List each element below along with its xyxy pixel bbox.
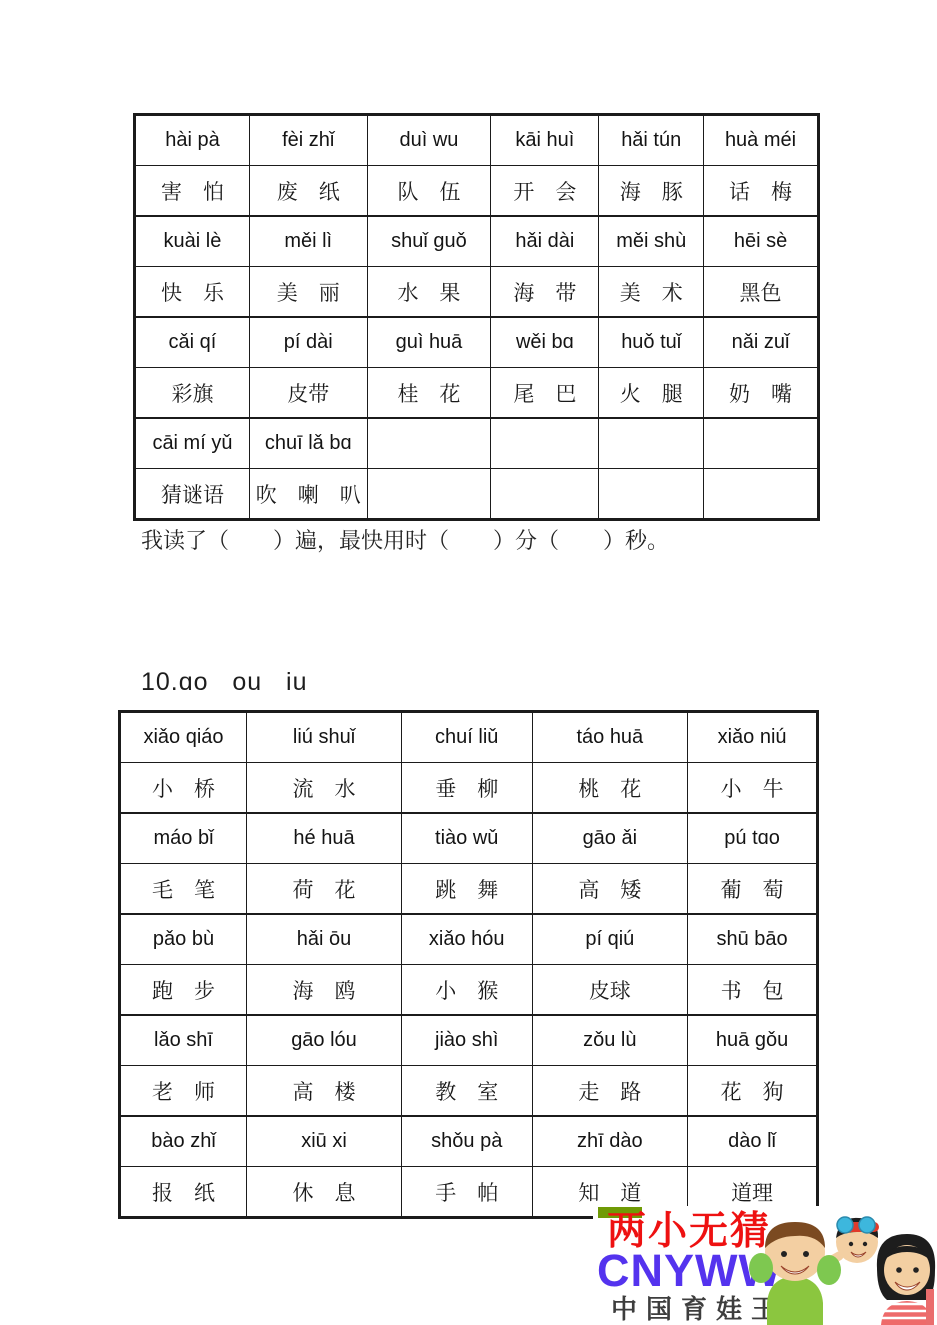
hanzi-row: 小 桥流 水垂 柳桃 花小 牛	[120, 763, 818, 814]
word-cell-pinyin: gāo lóu	[247, 1015, 402, 1066]
word-cell-pinyin: máo bǐ	[120, 813, 247, 864]
word-cell-pinyin: bào zhǐ	[120, 1116, 247, 1167]
word-cell-hanzi: 毛 笔	[120, 864, 247, 915]
word-cell-pinyin: wěi bɑ	[491, 317, 599, 368]
hanzi-row: 老 师高 楼教 室走 路花 狗	[120, 1066, 818, 1117]
word-cell-hanzi: 队 伍	[367, 166, 491, 217]
word-cell-pinyin: hǎi dài	[491, 216, 599, 267]
word-cell-hanzi: 桂 花	[367, 368, 491, 419]
word-cell-hanzi: 皮球	[532, 965, 688, 1016]
watermark-logo-block: 两小无猜 CNYWW 中国育娃王	[593, 1206, 937, 1325]
word-cell-pinyin: pú tɑo	[688, 813, 818, 864]
word-cell-pinyin: huā gǒu	[688, 1015, 818, 1066]
word-cell-hanzi: 报 纸	[120, 1167, 247, 1218]
pinyin-table-section-10: xiǎo qiáoliú shuǐchuí liǔtáo huāxiǎo niú…	[118, 710, 819, 1219]
word-cell-hanzi: 水 果	[367, 267, 491, 318]
word-cell-pinyin: guì huā	[367, 317, 491, 368]
word-cell-hanzi: 桃 花	[532, 763, 688, 814]
word-cell-hanzi: 开 会	[491, 166, 599, 217]
word-cell-pinyin: chuī lǎ bɑ	[249, 418, 367, 469]
hanzi-row: 毛 笔荷 花跳 舞高 矮葡 萄	[120, 864, 818, 915]
pinyin-row: cāi mí yǔchuī lǎ bɑ	[135, 418, 819, 469]
word-cell-pinyin	[704, 418, 819, 469]
word-cell-pinyin: dào lǐ	[688, 1116, 818, 1167]
word-cell-hanzi: 书 包	[688, 965, 818, 1016]
word-cell-pinyin: tiào wǔ	[401, 813, 532, 864]
word-cell-hanzi: 小 猴	[401, 965, 532, 1016]
pinyin-row: kuài lèměi lìshuǐ guǒhǎi dàiměi shùhēi s…	[135, 216, 819, 267]
word-cell-hanzi: 手 帕	[401, 1167, 532, 1218]
pinyin-row: lǎo shīgāo lóujiào shìzǒu lùhuā gǒu	[120, 1015, 818, 1066]
word-cell-hanzi: 美 术	[599, 267, 704, 318]
word-cell-pinyin: jiào shì	[401, 1015, 532, 1066]
word-cell-hanzi: 皮带	[249, 368, 367, 419]
word-cell-hanzi: 高 楼	[247, 1066, 402, 1117]
word-cell-pinyin: zǒu lù	[532, 1015, 688, 1066]
word-cell-hanzi	[367, 469, 491, 520]
word-cell-hanzi: 流 水	[247, 763, 402, 814]
word-cell-pinyin: xiǎo qiáo	[120, 712, 247, 763]
word-cell-hanzi: 花 狗	[688, 1066, 818, 1117]
hanzi-row: 跑 步海 鸥小 猴皮球书 包	[120, 965, 818, 1016]
word-cell-hanzi	[491, 469, 599, 520]
word-cell-hanzi: 荷 花	[247, 864, 402, 915]
word-cell-hanzi: 老 师	[120, 1066, 247, 1117]
word-cell-pinyin: shū bāo	[688, 914, 818, 965]
word-cell-pinyin: cǎi qí	[135, 317, 250, 368]
dad-cartoon-icon	[749, 1222, 841, 1325]
word-cell-pinyin	[367, 418, 491, 469]
word-cell-pinyin: hēi sè	[704, 216, 819, 267]
word-cell-hanzi: 黑色	[704, 267, 819, 318]
word-cell-pinyin: hé huā	[247, 813, 402, 864]
pinyin-row: bào zhǐxiū xishǒu pàzhī dàodào lǐ	[120, 1116, 818, 1167]
word-cell-pinyin: pí dài	[249, 317, 367, 368]
word-cell-pinyin: gāo ǎi	[532, 813, 688, 864]
word-cell-pinyin	[599, 418, 704, 469]
word-cell-hanzi: 害 怕	[135, 166, 250, 217]
worksheet-page: hài pàfèi zhǐduì wukāi huìhǎi túnhuà méi…	[0, 0, 937, 1325]
word-cell-hanzi: 猜谜语	[135, 469, 250, 520]
hanzi-row: 害 怕废 纸队 伍开 会海 豚话 梅	[135, 166, 819, 217]
word-cell-pinyin: pí qiú	[532, 914, 688, 965]
word-cell-pinyin: kuài lè	[135, 216, 250, 267]
word-cell-pinyin: hǎi ōu	[247, 914, 402, 965]
pinyin-table-section-9: hài pàfèi zhǐduì wukāi huìhǎi túnhuà méi…	[133, 113, 820, 521]
word-cell-hanzi: 海 豚	[599, 166, 704, 217]
word-cell-hanzi: 话 梅	[704, 166, 819, 217]
hanzi-row: 快 乐美 丽水 果海 带美 术黑色	[135, 267, 819, 318]
word-cell-hanzi: 高 矮	[532, 864, 688, 915]
word-cell-pinyin: táo huā	[532, 712, 688, 763]
pinyin-row: pǎo bùhǎi ōuxiǎo hóupí qiúshū bāo	[120, 914, 818, 965]
word-cell-hanzi: 尾 巴	[491, 368, 599, 419]
word-cell-hanzi: 美 丽	[249, 267, 367, 318]
word-cell-hanzi: 火 腿	[599, 368, 704, 419]
word-cell-hanzi	[599, 469, 704, 520]
word-cell-pinyin: nǎi zuǐ	[704, 317, 819, 368]
word-cell-pinyin: liú shuǐ	[247, 712, 402, 763]
word-cell-pinyin: cāi mí yǔ	[135, 418, 250, 469]
word-cell-hanzi: 吹 喇 叭	[249, 469, 367, 520]
word-cell-pinyin: hǎi tún	[599, 115, 704, 166]
word-cell-pinyin: fèi zhǐ	[249, 115, 367, 166]
word-cell-hanzi: 彩旗	[135, 368, 250, 419]
pinyin-row: cǎi qípí dàiguì huāwěi bɑhuǒ tuǐnǎi zuǐ	[135, 317, 819, 368]
word-cell-pinyin: měi lì	[249, 216, 367, 267]
word-cell-hanzi: 小 牛	[688, 763, 818, 814]
word-cell-pinyin: huà méi	[704, 115, 819, 166]
word-cell-pinyin: hài pà	[135, 115, 250, 166]
hanzi-row: 彩旗皮带桂 花尾 巴火 腿奶 嘴	[135, 368, 819, 419]
word-cell-pinyin: shǒu pà	[401, 1116, 532, 1167]
word-cell-pinyin: xiǎo hóu	[401, 914, 532, 965]
word-cell-pinyin	[491, 418, 599, 469]
word-cell-pinyin: duì wu	[367, 115, 491, 166]
pinyin-row: máo bǐhé huātiào wǔgāo ǎipú tɑo	[120, 813, 818, 864]
word-cell-hanzi: 废 纸	[249, 166, 367, 217]
word-cell-hanzi: 快 乐	[135, 267, 250, 318]
word-cell-pinyin: měi shù	[599, 216, 704, 267]
word-cell-pinyin: pǎo bù	[120, 914, 247, 965]
word-cell-hanzi: 跳 舞	[401, 864, 532, 915]
word-cell-hanzi: 跑 步	[120, 965, 247, 1016]
word-cell-pinyin: shuǐ guǒ	[367, 216, 491, 267]
word-cell-pinyin: zhī dào	[532, 1116, 688, 1167]
pinyin-row: hài pàfèi zhǐduì wukāi huìhǎi túnhuà méi	[135, 115, 819, 166]
word-cell-pinyin: huǒ tuǐ	[599, 317, 704, 368]
word-cell-hanzi	[704, 469, 819, 520]
pinyin-row: xiǎo qiáoliú shuǐchuí liǔtáo huāxiǎo niú	[120, 712, 818, 763]
family-cartoon-icon	[739, 1208, 937, 1325]
word-cell-hanzi: 海 带	[491, 267, 599, 318]
section-heading-10-ao-ou-iu: 10.ɑo ou iu	[141, 668, 308, 697]
word-cell-pinyin: chuí liǔ	[401, 712, 532, 763]
red-accent-bar	[926, 1289, 934, 1325]
word-cell-hanzi: 葡 萄	[688, 864, 818, 915]
word-cell-pinyin: kāi huì	[491, 115, 599, 166]
word-cell-hanzi: 教 室	[401, 1066, 532, 1117]
word-cell-hanzi: 小 桥	[120, 763, 247, 814]
reading-counter-line: 我读了（ ）遍，最快用时（ ）分（ ）秒。	[141, 524, 701, 555]
word-cell-pinyin: xiǎo niú	[688, 712, 818, 763]
word-cell-pinyin: lǎo shī	[120, 1015, 247, 1066]
word-cell-hanzi: 休 息	[247, 1167, 402, 1218]
word-cell-hanzi: 奶 嘴	[704, 368, 819, 419]
word-cell-hanzi: 垂 柳	[401, 763, 532, 814]
word-cell-hanzi: 走 路	[532, 1066, 688, 1117]
word-cell-hanzi: 海 鸥	[247, 965, 402, 1016]
word-cell-pinyin: xiū xi	[247, 1116, 402, 1167]
hanzi-row: 猜谜语吹 喇 叭	[135, 469, 819, 520]
